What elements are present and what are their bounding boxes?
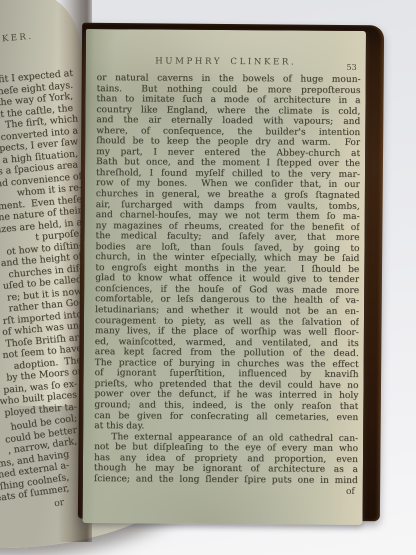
running-header: HUMPHRY CLINKER. xyxy=(102,56,350,68)
text-line: ſcience; and the long ſlender ſpire puts… xyxy=(94,474,358,486)
catchword: of xyxy=(83,485,355,497)
page-text: or natural caverns in the bowels of huge… xyxy=(94,73,361,486)
right-page-head-row: HUMPHRY CLINKER. 53 xyxy=(102,56,350,70)
book-photo: KER. efit I expected attheſe eight days.… xyxy=(0,0,416,555)
left-running-header: KER. xyxy=(2,32,34,45)
page-number: 53 xyxy=(347,63,357,72)
right-page: HUMPHRY CLINKER. 53 or natural caverns i… xyxy=(83,29,366,525)
